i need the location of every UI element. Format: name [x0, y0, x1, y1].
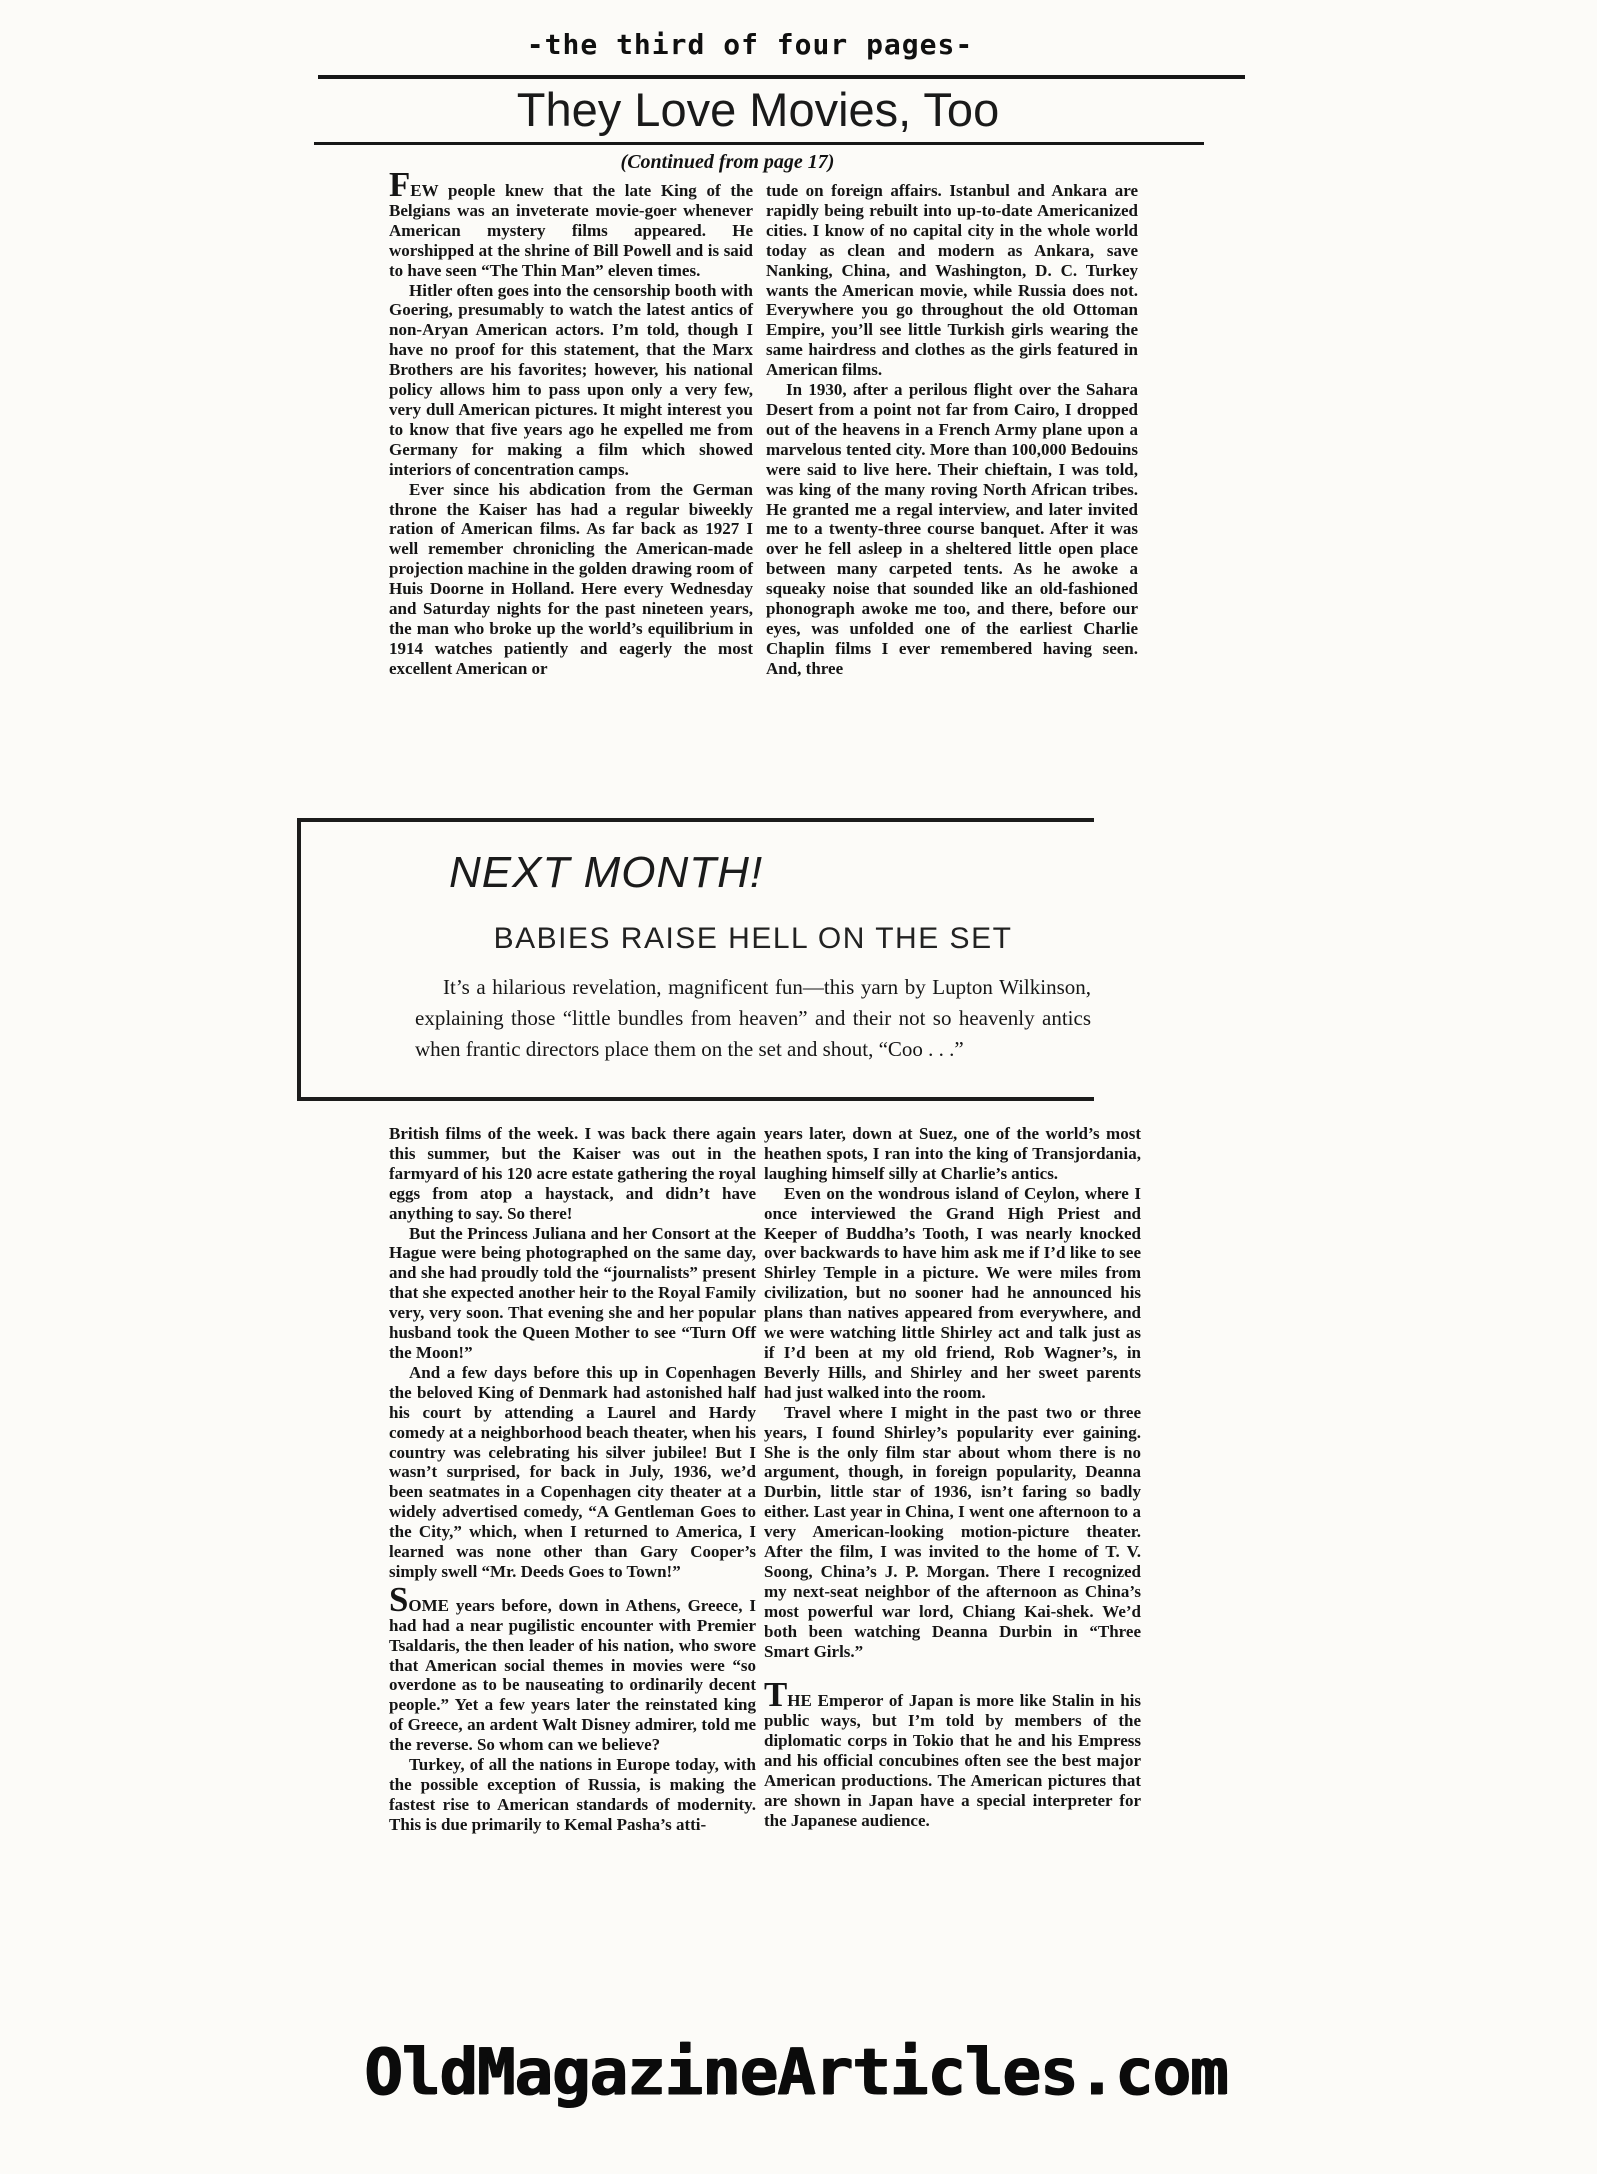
title-rule: [314, 142, 1204, 145]
article-title: They Love Movies, Too: [0, 82, 1516, 137]
raised-cap: S: [389, 1580, 408, 1619]
next-month-promo-box: NEXT MONTH! BABIES RAISE HELL ON THE SET…: [297, 818, 1094, 1101]
top-rule: [318, 75, 1245, 79]
promo-subheading: BABIES RAISE HELL ON THE SET: [415, 922, 1091, 956]
paragraph: And a few days before this up in Copenha…: [389, 1363, 756, 1582]
magazine-page: -the third of four pages- They Love Movi…: [0, 0, 1597, 2174]
lead-word: OME: [408, 1596, 449, 1615]
paragraph: But the Princess Juliana and her Consort…: [389, 1224, 756, 1363]
lead-word: EW: [410, 181, 438, 200]
paragraph: THE Emperor of Japan is more like Stalin…: [764, 1691, 1141, 1830]
oldmagazinearticles-watermark: OldMagazineArticles.com: [318, 2036, 1273, 2110]
paragraph: Even on the wondrous island of Ceylon, w…: [764, 1184, 1141, 1403]
paragraph: FEW people knew that the late King of th…: [389, 181, 753, 281]
promo-body-text: It’s a hilarious revelation, magnificent…: [415, 972, 1091, 1065]
paragraph: Hitler often goes into the censorship bo…: [389, 281, 753, 480]
paragraph-text: people knew that the late King of the Be…: [389, 181, 753, 280]
column-top-left: FEW people knew that the late King of th…: [389, 181, 753, 679]
column-bottom-right: years later, down at Suez, one of the wo…: [764, 1124, 1141, 1831]
paragraph-text: Emperor of Japan is more like Stalin in …: [764, 1691, 1141, 1829]
paragraph: British films of the week. I was back th…: [389, 1124, 756, 1224]
paragraph: SOME years before, down in Athens, Greec…: [389, 1596, 756, 1755]
page-sequence-note: -the third of four pages-: [0, 28, 1500, 61]
paragraph: years later, down at Suez, one of the wo…: [764, 1124, 1141, 1184]
paragraph: Ever since his abdication from the Germa…: [389, 480, 753, 679]
column-bottom-left: British films of the week. I was back th…: [389, 1124, 756, 1835]
lead-word: HE: [787, 1691, 812, 1710]
promo-heading: NEXT MONTH!: [449, 848, 1086, 898]
raised-cap: F: [389, 165, 410, 204]
paragraph: tude on foreign affairs. Istanbul and An…: [766, 181, 1138, 380]
paragraph: Travel where I might in the past two or …: [764, 1403, 1141, 1662]
paragraph-text: years before, down in Athens, Greece, I …: [389, 1596, 756, 1754]
paragraph: Turkey, of all the nations in Europe tod…: [389, 1755, 756, 1835]
raised-cap: T: [764, 1675, 787, 1714]
paragraph: In 1930, after a perilous flight over th…: [766, 380, 1138, 679]
continued-from-note: (Continued from page 17): [455, 151, 1000, 174]
column-top-right: tude on foreign affairs. Istanbul and An…: [766, 181, 1138, 679]
